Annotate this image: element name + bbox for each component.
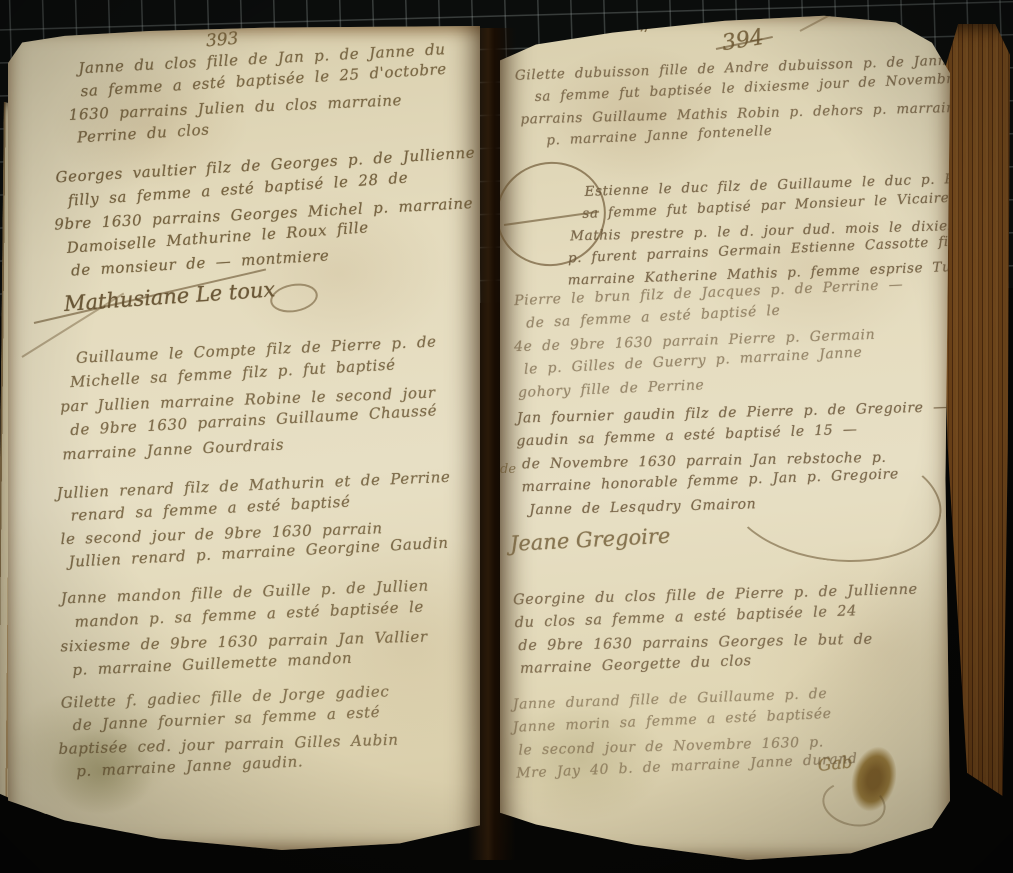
right-page: # 394 de Jeane Gregoire Gab Gilette dubu… [500, 14, 950, 860]
page-number-left: 393 [205, 29, 239, 52]
baptism-entry: Gilette f. gadiec fille de Jorge gadiecd… [52, 680, 399, 784]
baptism-entry: Estienne le duc filz de Guillaume le duc… [550, 162, 1013, 292]
signature-paraph [268, 280, 320, 316]
baptism-entry: Pierre le brun filz de Jacques p. de Per… [510, 274, 908, 405]
baptism-entry: Janne durand fille de Guillaume p. deJan… [506, 682, 853, 786]
photo-of-register: { "left_page": { "page_number": "393", "… [0, 0, 1013, 873]
baptism-entry: Georgine du clos fille de Pierre p. de J… [509, 579, 920, 682]
pen-stroke [800, 14, 831, 32]
signature-mathusiane-le-toux: Mathusiane Le toux [63, 277, 276, 316]
baptism-entry: Georges vaultier filz de Georges p. de J… [51, 142, 482, 284]
open-register-book: 393 Mathusiane Le toux Janne du clos fil… [0, 0, 1013, 873]
baptism-entry: Janne du clos fille de Jan p. de Janne d… [66, 38, 450, 150]
signature-jeane-gregoire: Jeane Gregoire [509, 524, 671, 556]
baptism-entry: Guillaume le Compte filz de Pierre p. de… [57, 329, 441, 466]
baptism-entry: Janne mandon fille de Guille p. de Julli… [56, 574, 431, 683]
baptism-entry: Gilette dubuisson fille de Andre dubuiss… [515, 43, 1013, 152]
left-page: 393 Mathusiane Le toux Janne du clos fil… [8, 26, 480, 850]
baptism-entry: Jan fournier gaudin filz de Pierre p. de… [507, 396, 951, 523]
hash-mark: # [637, 15, 655, 38]
baptism-entry: Jullien renard filz de Mathurin et de Pe… [56, 466, 454, 574]
